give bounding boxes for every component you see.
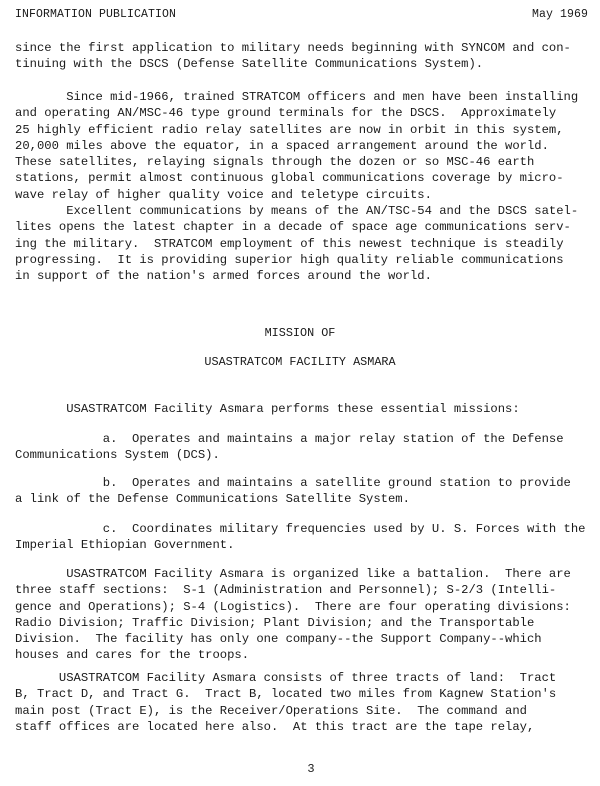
paragraph-intro-continuation: since the first application to military … [15,40,590,73]
text-line: Radio Division; Traffic Division; Plant … [15,615,590,631]
paragraph-excellent-communications: Excellent communications by means of the… [15,203,590,284]
text-line: tinuing with the DSCS (Defense Satellite… [15,56,590,72]
missions-intro: USASTRATCOM Facility Asmara performs the… [15,401,590,417]
text-line: houses and cares for the troops. [15,647,590,663]
text-line: since the first application to military … [15,40,590,56]
text-line: c. Coordinates military frequencies used… [15,521,590,537]
publication-date: May 1969 [532,8,588,21]
paragraph-stratcom-history: Since mid-1966, trained STRATCOM officer… [15,89,590,203]
mission-item-a: a. Operates and maintains a major relay … [15,431,590,464]
text-line: Imperial Ethiopian Government. [15,537,590,553]
text-line: lites opens the latest chapter in a deca… [15,219,590,235]
text-line: USASTRATCOM Facility Asmara performs the… [15,401,590,417]
section-title-line2: USASTRATCOM FACILITY ASMARA [0,355,600,369]
publication-header: INFORMATION PUBLICATION [15,8,176,21]
document-page: INFORMATION PUBLICATION May 1969 since t… [0,0,600,786]
text-line: 25 highly efficient radio relay satellit… [15,122,590,138]
text-line: stations, permit almost continuous globa… [15,170,590,186]
text-line: USASTRATCOM Facility Asmara is organized… [15,566,590,582]
text-line: three staff sections: S-1 (Administratio… [15,582,590,598]
paragraph-tracts: USASTRATCOM Facility Asmara consists of … [15,670,590,735]
text-line: b. Operates and maintains a satellite gr… [15,475,590,491]
text-line: ing the military. STRATCOM employment of… [15,236,590,252]
section-title-line1: MISSION OF [0,326,600,340]
text-line: gence and Operations); S-4 (Logistics). … [15,599,590,615]
text-line: a. Operates and maintains a major relay … [15,431,590,447]
text-line: USASTRATCOM Facility Asmara consists of … [15,670,590,686]
text-line: progressing. It is providing superior hi… [15,252,590,268]
text-line: B, Tract D, and Tract G. Tract B, locate… [15,686,590,702]
text-line: Communications System (DCS). [15,447,590,463]
text-line: Division. The facility has only one comp… [15,631,590,647]
text-line: a link of the Defense Communications Sat… [15,491,590,507]
text-line: main post (Tract E), is the Receiver/Ope… [15,703,590,719]
mission-item-b: b. Operates and maintains a satellite gr… [15,475,590,508]
text-line: staff offices are located here also. At … [15,719,590,735]
text-line: Excellent communications by means of the… [15,203,590,219]
page-number: 3 [0,762,600,776]
text-line: wave relay of higher quality voice and t… [15,187,590,203]
text-line: in support of the nation's armed forces … [15,268,590,284]
text-line: Since mid-1966, trained STRATCOM officer… [15,89,590,105]
text-line: 20,000 miles above the equator, in a spa… [15,138,590,154]
mission-item-c: c. Coordinates military frequencies used… [15,521,590,554]
text-line: These satellites, relaying signals throu… [15,154,590,170]
text-line: and operating AN/MSC-46 type ground term… [15,105,590,121]
paragraph-organization: USASTRATCOM Facility Asmara is organized… [15,566,590,664]
